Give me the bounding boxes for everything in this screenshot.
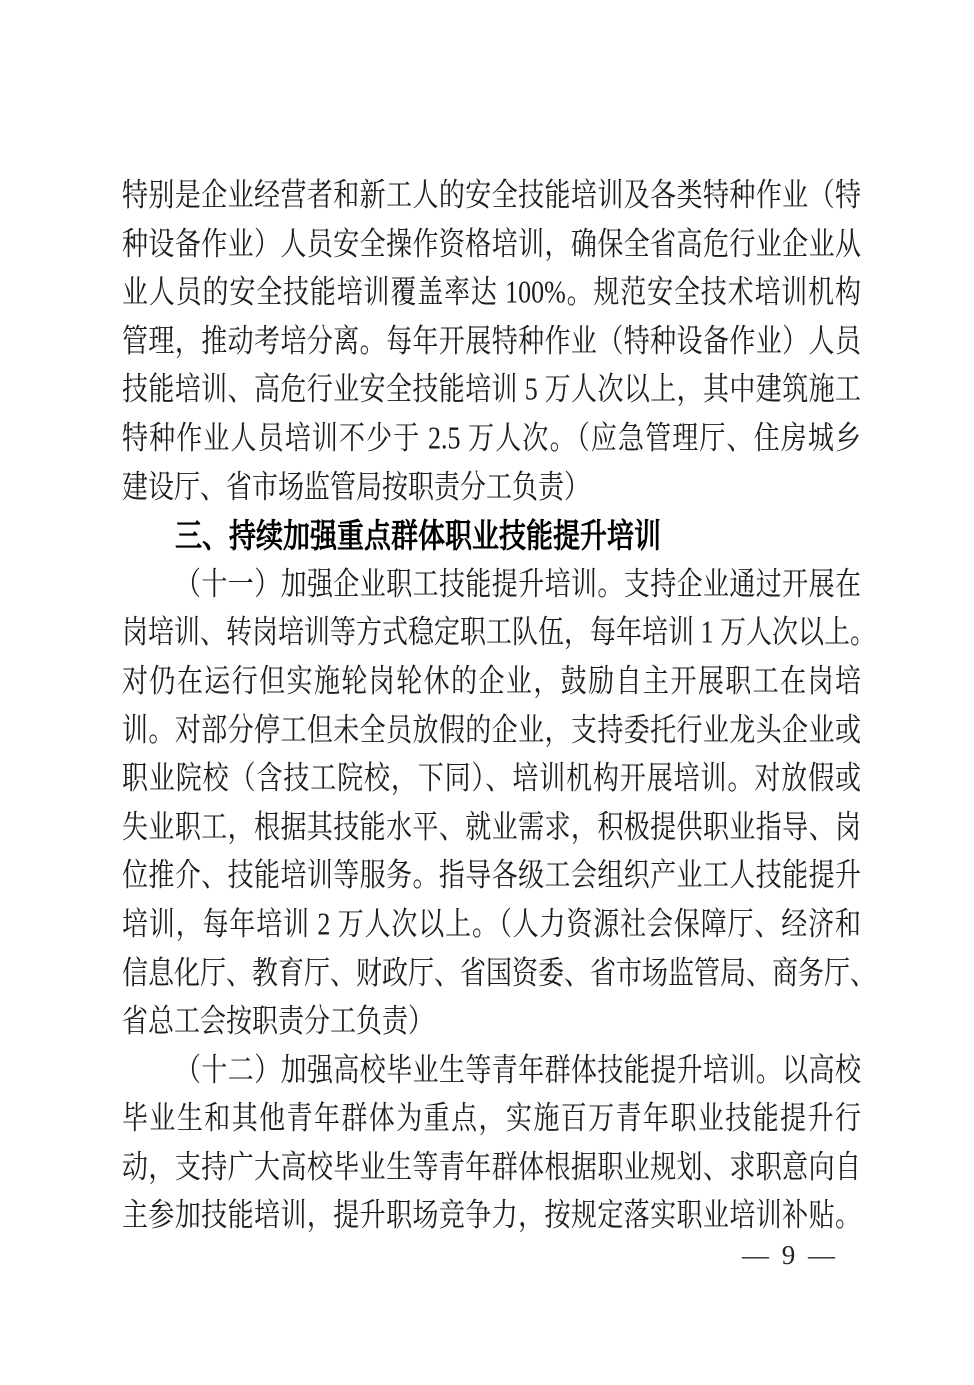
text-line: 主参加技能培训，提升职场竞争力，按规定落实职业培训补贴。 [122,1187,861,1246]
page-number: — 9 — [742,1240,838,1270]
document-page: 特别是企业经营者和新工人的安全技能培训及各类特种作业（特 种设备作业）人员安全操… [0,0,974,1385]
document-body: 特别是企业经营者和新工人的安全技能培训及各类特种作业（特 种设备作业）人员安全操… [122,172,861,1241]
